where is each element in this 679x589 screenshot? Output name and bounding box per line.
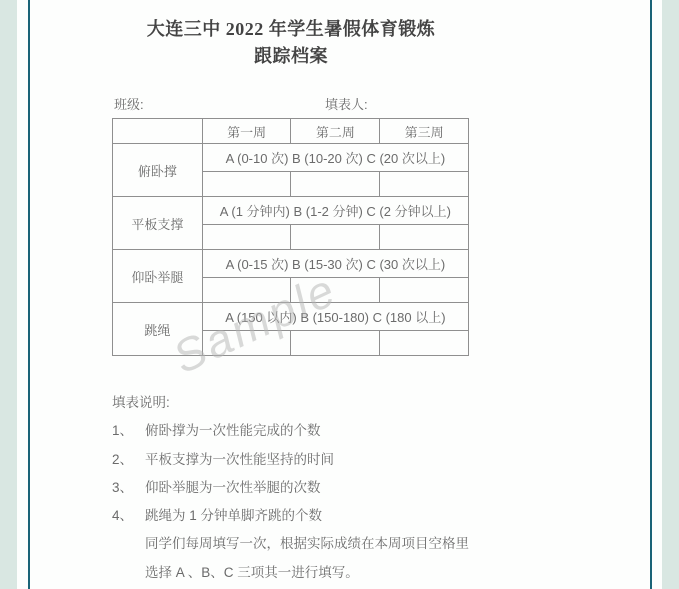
exercise-label-plank: 平板支撑 bbox=[113, 197, 203, 250]
table-row: 跳绳 A (150 以内) B (150-180) C (180 以上) bbox=[113, 303, 469, 331]
corner-cell bbox=[113, 119, 203, 144]
answer-cell bbox=[291, 331, 380, 356]
table-row: 平板支撑 A (1 分钟内) B (1-2 分钟) C (2 分钟以上) bbox=[113, 197, 469, 225]
note-number: 1、 bbox=[112, 417, 145, 445]
criteria-plank: A (1 分钟内) B (1-2 分钟) C (2 分钟以上) bbox=[202, 197, 468, 225]
note-item: 2、平板支撑为一次性能坚持的时间 bbox=[112, 446, 470, 474]
note-item: 4、跳绳为 1 分钟单脚齐跳的个数 bbox=[112, 502, 470, 530]
exercise-label-pushup: 俯卧撑 bbox=[113, 144, 203, 197]
note-footer-line: 同学们每周填写一次，根据实际成绩在本周项目空格里 bbox=[112, 530, 470, 558]
note-footer-line: 选择 A 、B、C 三项其一进行填写。 bbox=[112, 559, 470, 587]
week2-header: 第二周 bbox=[291, 119, 380, 144]
criteria-jumprope: A (150 以内) B (150-180) C (180 以上) bbox=[202, 303, 468, 331]
page-content: 大连三中 2022 年学生暑假体育锻炼 跟踪档案 班级: 填表人: 第一周 第二… bbox=[30, 0, 650, 589]
week1-header: 第一周 bbox=[202, 119, 291, 144]
table-row: 仰卧举腿 A (0-15 次) B (15-30 次) C (30 次以上) bbox=[113, 250, 469, 278]
page-title: 大连三中 2022 年学生暑假体育锻炼 跟踪档案 bbox=[112, 0, 470, 70]
note-item: 3、仰卧举腿为一次性举腿的次数 bbox=[112, 474, 470, 502]
answer-cell bbox=[291, 172, 380, 197]
answer-cell bbox=[202, 278, 291, 303]
scanned-document-page: Sample 大连三中 2022 年学生暑假体育锻炼 跟踪档案 班级: 填表人:… bbox=[0, 0, 679, 589]
note-text: 仰卧举腿为一次性举腿的次数 bbox=[145, 480, 321, 495]
note-text: 平板支撑为一次性能坚持的时间 bbox=[145, 452, 334, 467]
answer-cell bbox=[380, 331, 469, 356]
exercise-label-jumprope: 跳绳 bbox=[113, 303, 203, 356]
note-number: 2、 bbox=[112, 446, 145, 474]
answer-cell bbox=[380, 172, 469, 197]
right-margin-strip bbox=[662, 0, 679, 589]
note-text: 跳绳为 1 分钟单脚齐跳的个数 bbox=[145, 508, 322, 523]
form-meta-row: 班级: 填表人: bbox=[112, 94, 470, 110]
answer-cell bbox=[380, 225, 469, 250]
note-number: 3、 bbox=[112, 474, 145, 502]
left-margin-strip bbox=[0, 0, 17, 589]
title-line-1: 大连三中 2022 年学生暑假体育锻炼 bbox=[112, 16, 470, 43]
table-header-row: 第一周 第二周 第三周 bbox=[113, 119, 469, 144]
title-line-2: 跟踪档案 bbox=[112, 43, 470, 70]
answer-cell bbox=[202, 225, 291, 250]
note-item: 1、俯卧撑为一次性能完成的个数 bbox=[112, 417, 470, 445]
note-number: 4、 bbox=[112, 502, 145, 530]
table-row: 俯卧撑 A (0-10 次) B (10-20 次) C (20 次以上) bbox=[113, 144, 469, 172]
criteria-legraise: A (0-15 次) B (15-30 次) C (30 次以上) bbox=[202, 250, 468, 278]
exercise-label-legraise: 仰卧举腿 bbox=[113, 250, 203, 303]
answer-cell bbox=[291, 278, 380, 303]
notes-heading: 填表说明: bbox=[112, 389, 470, 417]
answer-cell bbox=[291, 225, 380, 250]
answer-cell bbox=[380, 278, 469, 303]
filler-field-label: 填表人: bbox=[325, 94, 368, 113]
class-field-label: 班级: bbox=[114, 94, 144, 113]
notes-section: 填表说明: 1、俯卧撑为一次性能完成的个数 2、平板支撑为一次性能坚持的时间 3… bbox=[112, 389, 470, 587]
criteria-pushup: A (0-10 次) B (10-20 次) C (20 次以上) bbox=[202, 144, 468, 172]
note-text: 俯卧撑为一次性能完成的个数 bbox=[145, 423, 321, 438]
week3-header: 第三周 bbox=[380, 119, 469, 144]
answer-cell bbox=[202, 172, 291, 197]
page-border-line-right bbox=[650, 0, 652, 589]
answer-cell bbox=[202, 331, 291, 356]
exercise-tracking-table: 第一周 第二周 第三周 俯卧撑 A (0-10 次) B (10-20 次) C… bbox=[112, 118, 469, 356]
